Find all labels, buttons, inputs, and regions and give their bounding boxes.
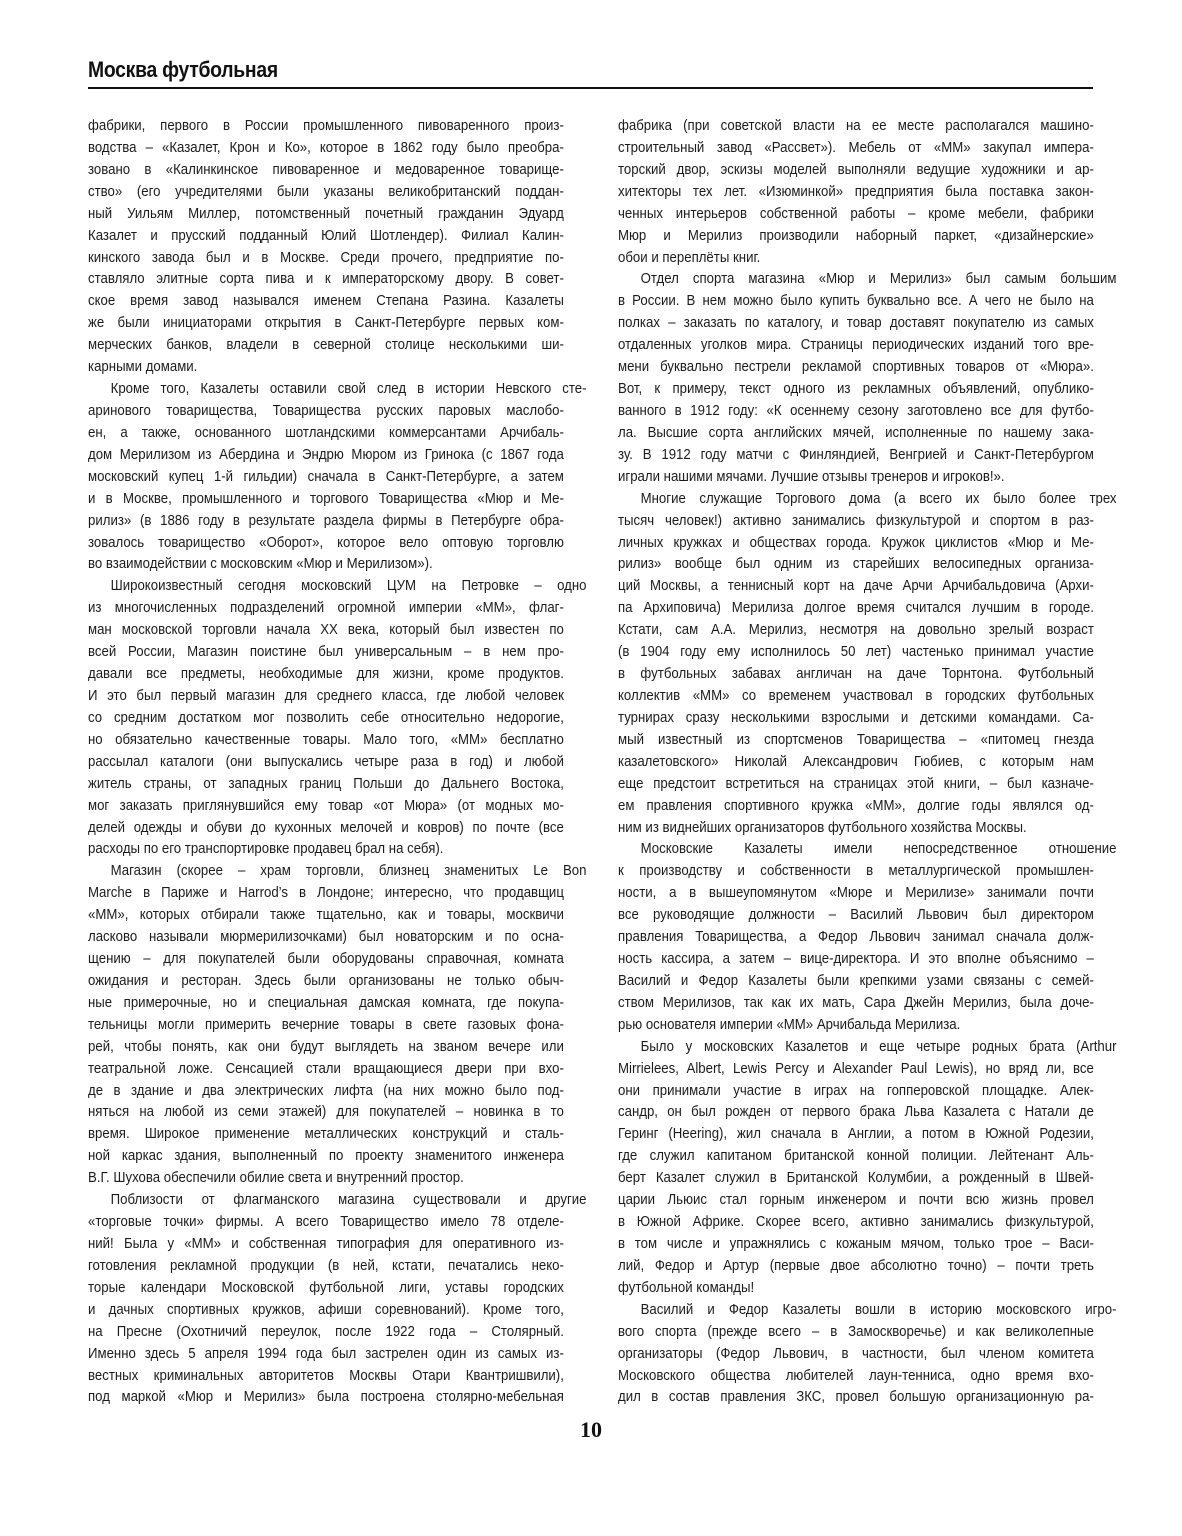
text-line: житель страны, от западных границ Польши… xyxy=(88,773,564,795)
text-line: И это был первый магазин для среднего кл… xyxy=(88,685,564,707)
text-line: полках – заказать по каталогу, и товар д… xyxy=(618,312,1094,334)
text-line: мени буквально пестрели рекламой спортив… xyxy=(618,356,1094,378)
text-line: они принимали участие в играх на гопперо… xyxy=(618,1080,1094,1102)
text-line-content: еще предстоит встретиться на страницах э… xyxy=(618,773,1094,795)
text-line: со средним достатком мог позволить себе … xyxy=(88,707,564,729)
text-line: ванного в 1912 году: «К осеннему сезону … xyxy=(618,400,1094,422)
text-line: коллектив «ММ» со временем участвовал в … xyxy=(618,685,1094,707)
text-line-content: Кстати, сам А.А. Мерилиз, несмотря на до… xyxy=(618,619,1094,641)
text-line: Казалет и прусский подданный Юлий Шотлен… xyxy=(88,225,564,247)
text-line-content: «торговые точки» фирмы. А всего Товарище… xyxy=(88,1211,564,1233)
text-line: время. Широкое применение металлических … xyxy=(88,1123,564,1145)
text-line: личных кружках и обществах города. Кружо… xyxy=(618,532,1094,554)
text-line-content: рилиз» вообще был одним из старейших вел… xyxy=(618,553,1094,575)
text-line: где служил капитаном британской конной п… xyxy=(618,1145,1094,1167)
text-line-content: ласково называли мюрмерилизочками) был н… xyxy=(88,926,564,948)
text-column-left: фабрики, первого в России промышленного … xyxy=(88,115,564,1408)
text-line-content: в футбольных забавах англичан на даче То… xyxy=(618,663,1094,685)
text-line-content: рей, чтобы понять, как они будут выгляде… xyxy=(88,1036,564,1058)
text-line-content: царии Льюис стал горным инженером и почт… xyxy=(618,1189,1094,1211)
text-line: правления Товарищества, а Федор Львович … xyxy=(618,926,1094,948)
text-line: тельницы могли примерить вечерние товары… xyxy=(88,1014,564,1036)
text-line-content: под маркой «Мюр и Мерилиз» была построен… xyxy=(88,1386,564,1408)
text-line-content: ченных интерьеров собственной работы – к… xyxy=(618,203,1094,225)
text-line-content: ла. Высшие сорта английских мячей, испол… xyxy=(618,422,1094,444)
paragraph-start-line: Отдел спорта магазина «Мюр и Мерилиз» бы… xyxy=(618,268,1117,290)
text-line: мерческих банков, владели в северной сто… xyxy=(88,334,564,356)
text-line: мый известный из спортсменов Товариществ… xyxy=(618,729,1094,751)
text-line-content: организаторы (Федор Львович, в частности… xyxy=(618,1343,1094,1365)
text-line: рилиз» вообще был одним из старейших вел… xyxy=(618,553,1094,575)
text-line: рей, чтобы понять, как они будут выгляде… xyxy=(88,1036,564,1058)
text-line: па Архиповича) Мерилиза долгое время счи… xyxy=(618,597,1094,619)
text-line-content: ные примерочные, но и специальная дамска… xyxy=(88,992,564,1014)
text-line-content: играли нашими мячами. Лучшие отзывы трен… xyxy=(618,466,1094,488)
text-line: Мюр и Мерилиз производили наборный парке… xyxy=(618,225,1094,247)
text-line-content: расходы по его транспортировке продавец … xyxy=(88,838,564,860)
text-line: (в 1904 году ему исполнилось 50 лет) час… xyxy=(618,641,1094,663)
text-line-content: из многочисленных подразделений огромной… xyxy=(88,597,564,619)
text-line-content: в Южной Африке. Скорее всего, активно за… xyxy=(618,1211,1094,1233)
text-line-content: полках – заказать по каталогу, и товар д… xyxy=(618,312,1094,334)
text-line-content: мый известный из спортсменов Товариществ… xyxy=(618,729,1094,751)
text-line: еще предстоит встретиться на страницах э… xyxy=(618,773,1094,795)
text-line-content: В.Г. Шухова обеспечили обилие света и вн… xyxy=(88,1167,564,1189)
text-line-content: де в здание и два электрических лифта (н… xyxy=(88,1080,564,1102)
text-line-content: давали все предметы, необходимые для жиз… xyxy=(88,663,564,685)
text-line: ласково называли мюрмерилизочками) был н… xyxy=(88,926,564,948)
text-line-content: рилиз» (в 1886 году в результате раздела… xyxy=(88,510,564,532)
text-line-content: «ММ», которых отбирали также тщательно, … xyxy=(88,904,564,926)
text-line-content: ный Уильям Миллер, потомственный почетны… xyxy=(88,203,564,225)
text-line: футбольной команды! xyxy=(618,1277,1094,1299)
text-line-content: Именно здесь 5 апреля 1994 года был заст… xyxy=(88,1343,564,1365)
text-line: мог заказать приглянувшийся ему товар «о… xyxy=(88,795,564,817)
text-line: Именно здесь 5 апреля 1994 года был заст… xyxy=(88,1343,564,1365)
paragraph-start-line: Московские Казалеты имели непосредственн… xyxy=(618,838,1117,860)
text-line: из многочисленных подразделений огромной… xyxy=(88,597,564,619)
text-line: ность кассира, а затем – вице-директора.… xyxy=(618,948,1094,970)
text-line-content: ставляло элитные сорта пива и к императо… xyxy=(88,268,564,290)
text-line: делей одежды и обуви до кухонных мелочей… xyxy=(88,817,564,839)
text-line: готовления рекламной продукции (в ней, к… xyxy=(88,1255,564,1277)
text-line: в том числе и упражнялись с кожаным мячо… xyxy=(618,1233,1094,1255)
paragraph-start-line: Кроме того, Казалеты оставили свой след … xyxy=(88,378,587,400)
text-line: ем правления спортивного кружка «ММ», до… xyxy=(618,795,1094,817)
text-line-content: турнирах сразу несколькими взрослыми и д… xyxy=(618,707,1094,729)
text-line-content: строительный завод «Рассвет»). Мебель от… xyxy=(618,137,1094,159)
text-line-content: ман московской торговли начала XX века, … xyxy=(88,619,564,641)
text-line: давали все предметы, необходимые для жиз… xyxy=(88,663,564,685)
text-line-content: Геринг (Heering), жил сначала в Англии, … xyxy=(618,1123,1094,1145)
text-line-content: ность кассира, а затем – вице-директора.… xyxy=(618,948,1094,970)
text-line-content: ной каркас здания, выполненный по проект… xyxy=(88,1145,564,1167)
text-line-content: торский двор, эскизы моделей выполняли в… xyxy=(618,159,1094,181)
text-line: дом Мерилизом из Абердина и Эндрю Мюром … xyxy=(88,444,564,466)
text-line-content: время. Широкое применение металлических … xyxy=(88,1123,564,1145)
text-line-content: и в Москве, промышленного и торгового То… xyxy=(88,488,564,510)
text-line: Кроме того, Казалеты оставили свой след … xyxy=(88,378,564,400)
text-line: водства – «Казалет, Крон и Ко», которое … xyxy=(88,137,564,159)
text-line: карными домами. xyxy=(88,356,564,378)
text-line-content: московский купец 1-й гильдии) сначала в … xyxy=(88,466,564,488)
text-line: рассылал каталоги (они выпускались четыр… xyxy=(88,751,564,773)
text-line: театральной ложе. Сенсацией стали вращаю… xyxy=(88,1058,564,1080)
text-line-content: ний! Была у «ММ» и собственная типографи… xyxy=(88,1233,564,1255)
text-line-content: тысяч человек!) активно занимались физку… xyxy=(618,510,1094,532)
text-line: и дачных спортивных кружков, афиши сорев… xyxy=(88,1299,564,1321)
text-line-content: Мюр и Мерилиз производили наборный парке… xyxy=(618,225,1094,247)
text-line: Широкоизвестный сегодня московский ЦУМ н… xyxy=(88,575,564,597)
text-line-content: ское время завод назывался именем Степан… xyxy=(88,290,564,312)
text-line-content: ним из виднейших организаторов футбольно… xyxy=(618,817,1094,839)
text-line-content: зу. В 1912 году матчи с Финляндией, Венг… xyxy=(618,444,1094,466)
text-line: ний! Была у «ММ» и собственная типографи… xyxy=(88,1233,564,1255)
text-line-content: театральной ложе. Сенсацией стали вращаю… xyxy=(88,1058,564,1080)
text-line: щению – для покупателей были оборудованы… xyxy=(88,948,564,970)
text-line: играли нашими мячами. Лучшие отзывы трен… xyxy=(618,466,1094,488)
text-line-content: ности, а в вышеупомянутом «Мюре и Мерили… xyxy=(618,882,1094,904)
text-line: рилиз» (в 1886 году в результате раздела… xyxy=(88,510,564,532)
paragraph-start-line: Поблизости от флагманского магазина суще… xyxy=(88,1189,587,1211)
text-line-content: И это был первый магазин для среднего кл… xyxy=(88,685,564,707)
text-line-content: со средним достатком мог позволить себе … xyxy=(88,707,564,729)
text-line: ожидания и ресторан. Здесь были организо… xyxy=(88,970,564,992)
text-line: Marche в Париже и Harrod’s в Лондоне; ин… xyxy=(88,882,564,904)
text-line: кинского завода был и в Москве. Среди пр… xyxy=(88,247,564,269)
header-rule xyxy=(88,87,1093,89)
text-line: рью основателя империи «ММ» Арчибальда М… xyxy=(618,1014,1094,1036)
text-line: московский купец 1-й гильдии) сначала в … xyxy=(88,466,564,488)
text-line-content: во взаимодействии с московским «Мюр и Ме… xyxy=(88,553,564,575)
text-line-content: на Пресне (Охотничий переулок, после 192… xyxy=(88,1321,564,1343)
text-line-content: к производству и собственности в металлу… xyxy=(618,860,1094,882)
text-line: же были инициаторами открытия в Санкт-Пе… xyxy=(88,312,564,334)
text-line: ставляло элитные сорта пива и к императо… xyxy=(88,268,564,290)
text-line: Вот, к примеру, текст одного из рекламны… xyxy=(618,378,1094,400)
paragraph-start-line: Многие служащие Торгового дома (а всего … xyxy=(618,488,1117,510)
text-line-content: дом Мерилизом из Абердина и Эндрю Мюром … xyxy=(88,444,564,466)
text-line: вого спорта (прежде всего – в Замоскворе… xyxy=(618,1321,1094,1343)
text-line: Василий и Федор Казалеты были крепкими у… xyxy=(618,970,1094,992)
text-line-content: няться на любой из семи этажей) для поку… xyxy=(88,1101,564,1123)
text-line: «торговые точки» фирмы. А всего Товарище… xyxy=(88,1211,564,1233)
text-line-content: па Архиповича) Мерилиза долгое время счи… xyxy=(618,597,1094,619)
text-line-content: житель страны, от западных границ Польши… xyxy=(88,773,564,795)
text-line: обои и переплёты книг. xyxy=(618,247,1094,269)
text-line-content: торые календари Московской футбольной ли… xyxy=(88,1277,564,1299)
text-line: зовано в «Калинкинское пивоваренное и ме… xyxy=(88,159,564,181)
text-line-content: готовления рекламной продукции (в ней, к… xyxy=(88,1255,564,1277)
text-line: Многие служащие Торгового дома (а всего … xyxy=(618,488,1094,510)
text-line-content: все руководящие должности – Василий Льво… xyxy=(618,904,1094,926)
text-line: торые календари Московской футбольной ли… xyxy=(88,1277,564,1299)
text-line-content: вестных криминальных авторитетов Москвы … xyxy=(88,1365,564,1387)
text-line: ство» (его учредителями были указаны вел… xyxy=(88,181,564,203)
text-line: тысяч человек!) активно занимались физку… xyxy=(618,510,1094,532)
text-line: аринового товарищества, Товарищества рус… xyxy=(88,400,564,422)
text-line: де в здание и два электрических лифта (н… xyxy=(88,1080,564,1102)
text-line: ченных интерьеров собственной работы – к… xyxy=(618,203,1094,225)
paragraph-start-line: Было у московских Казалетов и еще четыре… xyxy=(618,1036,1117,1058)
text-line-content: отдаленных уголков мира. Страницы период… xyxy=(618,334,1094,356)
text-line-content: Marche в Париже и Harrod’s в Лондоне; ин… xyxy=(88,882,564,904)
text-line: ен, а также, основанного шотландскими ко… xyxy=(88,422,564,444)
text-line-content: фабрики, первого в России промышленного … xyxy=(88,115,564,137)
paragraph-start-line: Магазин (скорее – храм торговли, близнец… xyxy=(88,860,587,882)
text-line: организаторы (Федор Львович, в частности… xyxy=(618,1343,1094,1365)
text-line-content: вого спорта (прежде всего – в Замоскворе… xyxy=(618,1321,1094,1343)
text-line: Василий и Федор Казалеты вошли в историю… xyxy=(618,1299,1094,1321)
text-line-content: берт Казалет служил в Британской Колумби… xyxy=(618,1167,1094,1189)
text-line: царии Льюис стал горным инженером и почт… xyxy=(618,1189,1094,1211)
text-line: ством Мерилизов, так как их мать, Сара Д… xyxy=(618,992,1094,1014)
text-line: фабрики, первого в России промышленного … xyxy=(88,115,564,137)
text-line-content: ванного в 1912 году: «К осеннему сезону … xyxy=(618,400,1094,422)
text-line-content: лий, Федор и Артур (первые двое абсолютн… xyxy=(618,1255,1094,1277)
text-line-content: щению – для покупателей были оборудованы… xyxy=(88,948,564,970)
text-line-content: хитекторы тех лет. «Изюминкой» предприят… xyxy=(618,181,1094,203)
text-line-content: (в 1904 году ему исполнилось 50 лет) час… xyxy=(618,641,1094,663)
text-line-content: футбольной команды! xyxy=(618,1277,1094,1299)
paragraph-start-line: Василий и Федор Казалеты вошли в историю… xyxy=(618,1299,1117,1321)
text-line: ной каркас здания, выполненный по проект… xyxy=(88,1145,564,1167)
text-line-content: зовано в «Калинкинское пивоваренное и ме… xyxy=(88,159,564,181)
text-line: Было у московских Казалетов и еще четыре… xyxy=(618,1036,1094,1058)
text-line: ман московской торговли начала XX века, … xyxy=(88,619,564,641)
text-line: но обязательно качественные товары. Мало… xyxy=(88,729,564,751)
text-line: к производству и собственности в металлу… xyxy=(618,860,1094,882)
text-line-content: Mirrielees, Albert, Lewis Percy и Alexan… xyxy=(618,1058,1094,1080)
text-line: Поблизости от флагманского магазина суще… xyxy=(88,1189,564,1211)
text-line: лий, Федор и Артур (первые двое абсолютн… xyxy=(618,1255,1094,1277)
text-line-content: аринового товарищества, Товарищества рус… xyxy=(88,400,564,422)
text-line: ним из виднейших организаторов футбольно… xyxy=(618,817,1094,839)
text-line: отдаленных уголков мира. Страницы период… xyxy=(618,334,1094,356)
text-line: Отдел спорта магазина «Мюр и Мерилиз» бы… xyxy=(618,268,1094,290)
text-line: няться на любой из семи этажей) для поку… xyxy=(88,1101,564,1123)
text-line-content: делей одежды и обуви до кухонных мелочей… xyxy=(88,817,564,839)
text-line: фабрика (при советской власти на ее мест… xyxy=(618,115,1094,137)
text-line-content: они принимали участие в играх на гопперо… xyxy=(618,1080,1094,1102)
text-line-content: всей России, Магазин поистине был универ… xyxy=(88,641,564,663)
text-line: и в Москве, промышленного и торгового То… xyxy=(88,488,564,510)
text-line-content: зовалось товарищество «Оборот», которое … xyxy=(88,532,564,554)
text-line: ций Москвы, а теннисный корт на даче Арч… xyxy=(618,575,1094,597)
text-line-content: рью основателя империи «ММ» Арчибальда М… xyxy=(618,1014,1094,1036)
text-column-right: фабрика (при советской власти на ее мест… xyxy=(618,115,1094,1408)
text-line: расходы по его транспортировке продавец … xyxy=(88,838,564,860)
text-line: под маркой «Мюр и Мерилиз» была построен… xyxy=(88,1386,564,1408)
text-line-content: Василий и Федор Казалеты были крепкими у… xyxy=(618,970,1094,992)
text-line: ское время завод назывался именем Степан… xyxy=(88,290,564,312)
text-line-content: ожидания и ресторан. Здесь были организо… xyxy=(88,970,564,992)
text-line-content: обои и переплёты книг. xyxy=(618,247,1094,269)
text-line-content: карными домами. xyxy=(88,356,564,378)
text-line-content: ством Мерилизов, так как их мать, Сара Д… xyxy=(618,992,1094,1014)
text-line-content: фабрика (при советской власти на ее мест… xyxy=(618,115,1094,137)
text-line: сандр, он был рожден от первого брака Ль… xyxy=(618,1101,1094,1123)
running-title: Москва футбольная xyxy=(88,56,972,84)
paragraph-start-line: Широкоизвестный сегодня московский ЦУМ н… xyxy=(88,575,587,597)
text-line: во взаимодействии с московским «Мюр и Ме… xyxy=(88,553,564,575)
page-number: 10 xyxy=(0,1417,1182,1443)
text-line: на Пресне (Охотничий переулок, после 192… xyxy=(88,1321,564,1343)
text-line: зовалось товарищество «Оборот», которое … xyxy=(88,532,564,554)
text-line-content: мени буквально пестрели рекламой спортив… xyxy=(618,356,1094,378)
text-line-content: дил в состав правления ЗКС, провел больш… xyxy=(618,1386,1094,1408)
text-line: турнирах сразу несколькими взрослыми и д… xyxy=(618,707,1094,729)
text-line-content: же были инициаторами открытия в Санкт-Пе… xyxy=(88,312,564,334)
text-line: зу. В 1912 году матчи с Финляндией, Венг… xyxy=(618,444,1094,466)
text-line: все руководящие должности – Василий Льво… xyxy=(618,904,1094,926)
text-line-content: кинского завода был и в Москве. Среди пр… xyxy=(88,247,564,269)
text-line: ный Уильям Миллер, потомственный почетны… xyxy=(88,203,564,225)
text-line: Кстати, сам А.А. Мерилиз, несмотря на до… xyxy=(618,619,1094,641)
text-line: Московские Казалеты имели непосредственн… xyxy=(618,838,1094,860)
text-line-content: сандр, он был рожден от первого брака Ль… xyxy=(618,1101,1094,1123)
text-line-content: ем правления спортивного кружка «ММ», до… xyxy=(618,795,1094,817)
text-line: в Южной Африке. Скорее всего, активно за… xyxy=(618,1211,1094,1233)
text-line: Геринг (Heering), жил сначала в Англии, … xyxy=(618,1123,1094,1145)
text-line-content: казалетовского» Николай Александрович Гю… xyxy=(618,751,1094,773)
text-line: всей России, Магазин поистине был универ… xyxy=(88,641,564,663)
text-line-content: рассылал каталоги (они выпускались четыр… xyxy=(88,751,564,773)
text-line-content: Вот, к примеру, текст одного из рекламны… xyxy=(618,378,1094,400)
text-line-content: и дачных спортивных кружков, афиши сорев… xyxy=(88,1299,564,1321)
text-line: строительный завод «Рассвет»). Мебель от… xyxy=(618,137,1094,159)
text-line: торский двор, эскизы моделей выполняли в… xyxy=(618,159,1094,181)
text-line: Магазин (скорее – храм торговли, близнец… xyxy=(88,860,564,882)
text-line: казалетовского» Николай Александрович Гю… xyxy=(618,751,1094,773)
text-line: берт Казалет служил в Британской Колумби… xyxy=(618,1167,1094,1189)
text-line-content: правления Товарищества, а Федор Львович … xyxy=(618,926,1094,948)
text-line-content: Московского общества любителей лаун-тенн… xyxy=(618,1365,1094,1387)
text-line-content: тельницы могли примерить вечерние товары… xyxy=(88,1014,564,1036)
text-line-content: ен, а также, основанного шотландскими ко… xyxy=(88,422,564,444)
text-line: вестных криминальных авторитетов Москвы … xyxy=(88,1365,564,1387)
text-line: в России. В нем можно было купить буквал… xyxy=(618,290,1094,312)
text-line-content: но обязательно качественные товары. Мало… xyxy=(88,729,564,751)
text-line: «ММ», которых отбирали также тщательно, … xyxy=(88,904,564,926)
text-line: Mirrielees, Albert, Lewis Percy и Alexan… xyxy=(618,1058,1094,1080)
text-line: ности, а в вышеупомянутом «Мюре и Мерили… xyxy=(618,882,1094,904)
text-line-content: в том числе и упражнялись с кожаным мячо… xyxy=(618,1233,1094,1255)
text-line-content: в России. В нем можно было купить буквал… xyxy=(618,290,1094,312)
text-line-content: мог заказать приглянувшийся ему товар «о… xyxy=(88,795,564,817)
text-line-content: мерческих банков, владели в северной сто… xyxy=(88,334,564,356)
text-line: дил в состав правления ЗКС, провел больш… xyxy=(618,1386,1094,1408)
text-line-content: ций Москвы, а теннисный корт на даче Арч… xyxy=(618,575,1094,597)
text-line-content: где служил капитаном британской конной п… xyxy=(618,1145,1094,1167)
text-line: хитекторы тех лет. «Изюминкой» предприят… xyxy=(618,181,1094,203)
text-line-content: ство» (его учредителями были указаны вел… xyxy=(88,181,564,203)
text-line: Московского общества любителей лаун-тенн… xyxy=(618,1365,1094,1387)
text-line: в футбольных забавах англичан на даче То… xyxy=(618,663,1094,685)
text-line-content: Казалет и прусский подданный Юлий Шотлен… xyxy=(88,225,564,247)
text-line: ла. Высшие сорта английских мячей, испол… xyxy=(618,422,1094,444)
text-line: ные примерочные, но и специальная дамска… xyxy=(88,992,564,1014)
text-line: В.Г. Шухова обеспечили обилие света и вн… xyxy=(88,1167,564,1189)
text-line-content: коллектив «ММ» со временем участвовал в … xyxy=(618,685,1094,707)
text-line-content: личных кружках и обществах города. Кружо… xyxy=(618,532,1094,554)
text-line-content: водства – «Казалет, Крон и Ко», которое … xyxy=(88,137,564,159)
